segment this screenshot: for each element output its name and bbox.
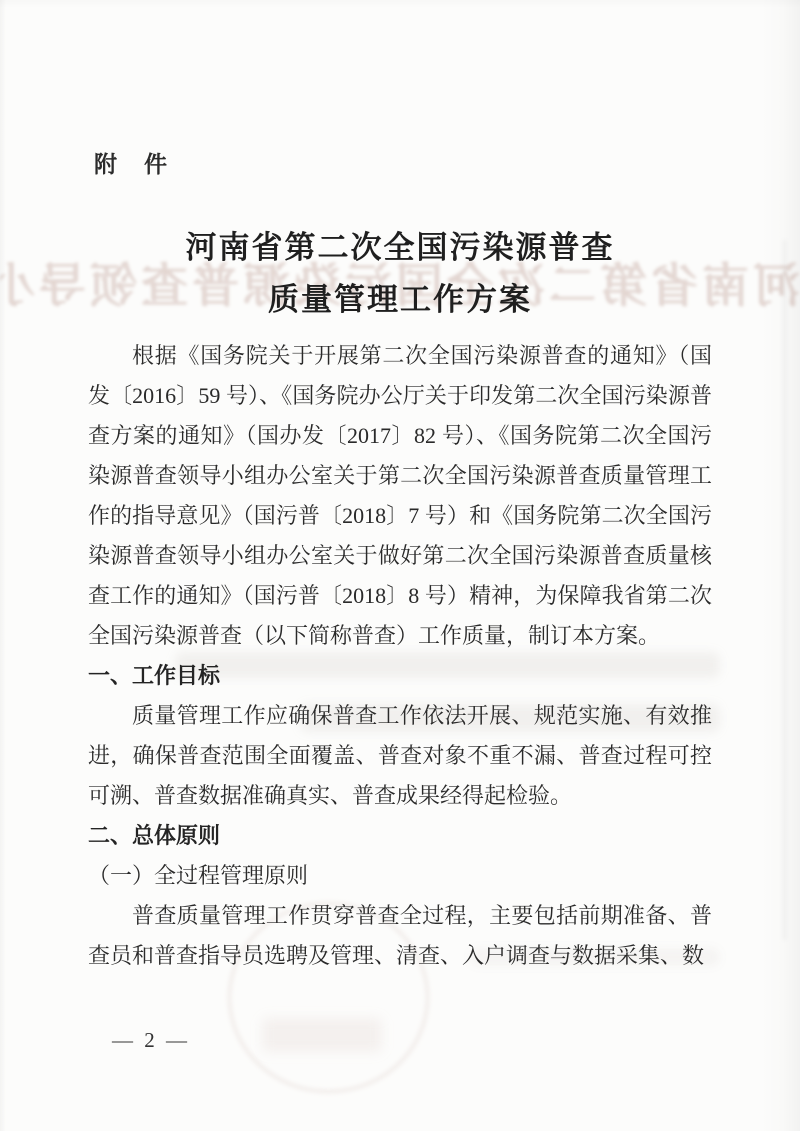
scanned-document-page: 河南省第二次全国污染源普查领导小组办公室文件 附 件 河南省第二次全国污染源普查… [0,0,800,1131]
paragraph-work-goals: 质量管理工作应确保普查工作依法开展、规范实施、有效推进，确保普查范围全面覆盖、普… [88,696,712,816]
seal-bleedthrough-text-smudge [262,1018,382,1052]
paragraph-basis: 根据《国务院关于开展第二次全国污染源普查的通知》（国发〔2016〕59 号）、《… [88,336,712,656]
document-title-line2: 质量管理工作方案 [0,274,800,326]
attachment-label: 附 件 [94,146,169,179]
document-body: 根据《国务院关于开展第二次全国污染源普查的通知》（国发〔2016〕59 号）、《… [88,336,712,976]
subsection-heading-whole-process: （一）全过程管理原则 [88,856,712,896]
document-title-line1: 河南省第二次全国污染源普查 [0,222,800,274]
paper-crease [783,240,786,940]
paragraph-whole-process: 普查质量管理工作贯穿普查全过程，主要包括前期准备、普查员和普查指导员选聘及管理、… [88,896,712,976]
section-heading-general-principles: 二、总体原则 [88,816,712,856]
page-number: — 2 — [112,1028,190,1053]
document-title: 河南省第二次全国污染源普查 质量管理工作方案 [0,222,800,326]
section-heading-work-goals: 一、工作目标 [88,656,712,696]
